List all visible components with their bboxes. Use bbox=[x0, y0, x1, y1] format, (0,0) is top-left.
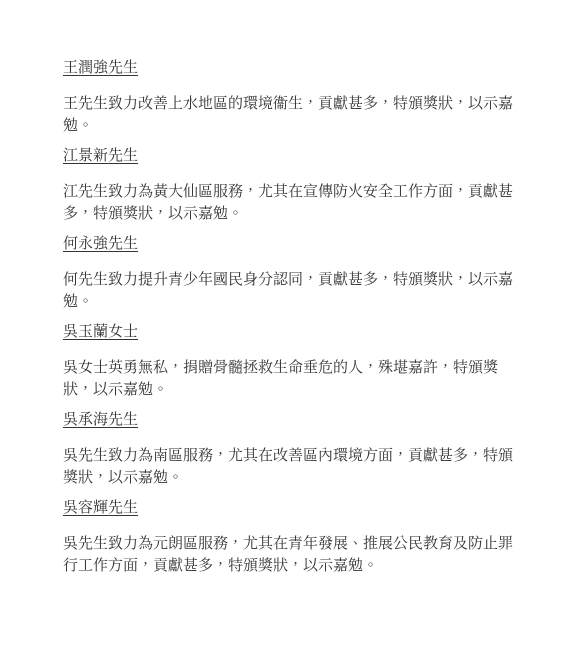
award-entry: 王潤強先生 王先生致力改善上水地區的環境衞生，貢獻甚多，特頒獎狀，以示嘉勉。 bbox=[63, 57, 517, 137]
entry-citation: 吳先生致力為元朗區服務，尤其在青年發展、推展公民教育及防止罪行工作方面，貢獻甚多… bbox=[63, 533, 517, 577]
entry-citation: 吳女士英勇無私，捐贈骨髓拯救生命垂危的人，殊堪嘉許，特頒獎狀，以示嘉勉。 bbox=[63, 357, 517, 401]
document-page: 王潤強先生 王先生致力改善上水地區的環境衞生，貢獻甚多，特頒獎狀，以示嘉勉。 江… bbox=[0, 0, 572, 660]
award-entry: 何永強先生 何先生致力提升青少年國民身分認同，貢獻甚多，特頒獎狀，以示嘉勉。 bbox=[63, 233, 517, 313]
award-entry: 吳容輝先生 吳先生致力為元朗區服務，尤其在青年發展、推展公民教育及防止罪行工作方… bbox=[63, 497, 517, 577]
award-entry: 吳承海先生 吳先生致力為南區服務，尤其在改善區內環境方面，貢獻甚多，特頒獎狀，以… bbox=[63, 409, 517, 489]
award-entry: 江景新先生 江先生致力為黃大仙區服務，尤其在宣傳防火安全工作方面，貢獻甚多，特頒… bbox=[63, 145, 517, 225]
entry-citation: 江先生致力為黃大仙區服務，尤其在宣傳防火安全工作方面，貢獻甚多，特頒獎狀，以示嘉… bbox=[63, 181, 517, 225]
entry-name-heading: 吳承海先生 bbox=[63, 409, 517, 431]
entry-name-heading: 吳容輝先生 bbox=[63, 497, 517, 519]
entry-citation: 吳先生致力為南區服務，尤其在改善區內環境方面，貢獻甚多，特頒獎狀，以示嘉勉。 bbox=[63, 445, 517, 489]
entry-citation: 何先生致力提升青少年國民身分認同，貢獻甚多，特頒獎狀，以示嘉勉。 bbox=[63, 269, 517, 313]
entry-name-heading: 王潤強先生 bbox=[63, 57, 517, 79]
entry-name-heading: 吳玉蘭女士 bbox=[63, 321, 517, 343]
award-entry: 吳玉蘭女士 吳女士英勇無私，捐贈骨髓拯救生命垂危的人，殊堪嘉許，特頒獎狀，以示嘉… bbox=[63, 321, 517, 401]
entry-citation: 王先生致力改善上水地區的環境衞生，貢獻甚多，特頒獎狀，以示嘉勉。 bbox=[63, 93, 517, 137]
citation-list: 王潤強先生 王先生致力改善上水地區的環境衞生，貢獻甚多，特頒獎狀，以示嘉勉。 江… bbox=[0, 0, 572, 577]
entry-name-heading: 何永強先生 bbox=[63, 233, 517, 255]
entry-name-heading: 江景新先生 bbox=[63, 145, 517, 167]
